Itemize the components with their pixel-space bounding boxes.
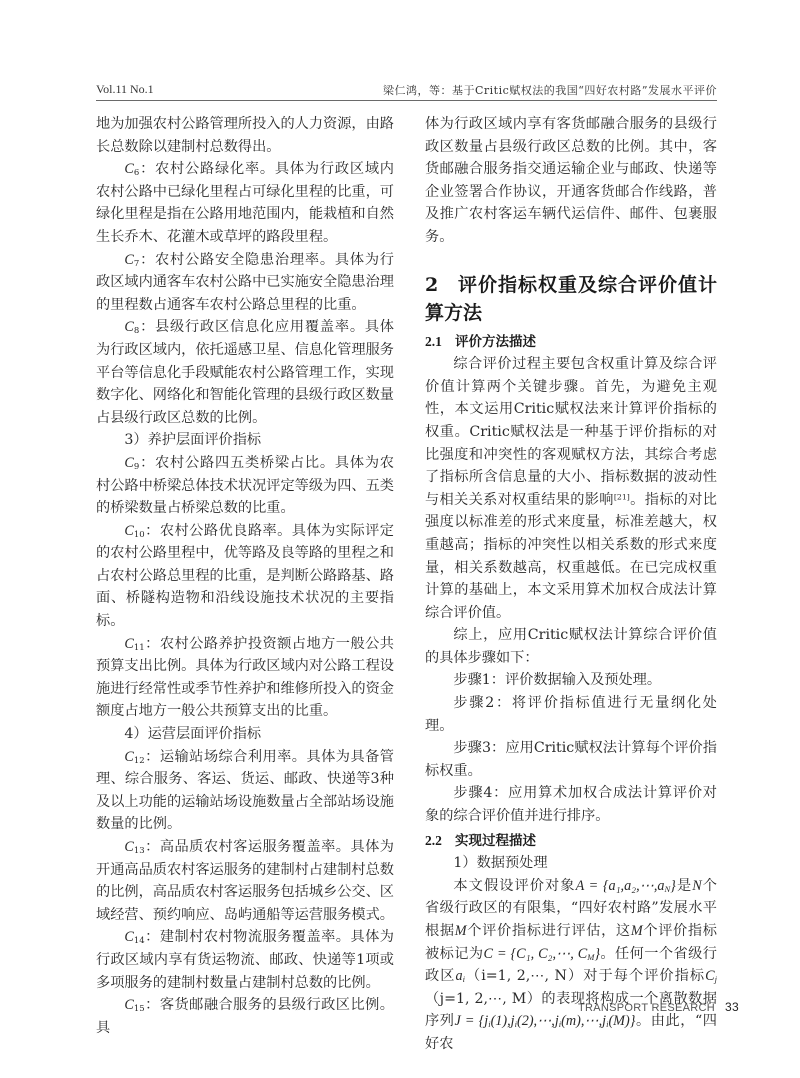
subsection-heading-2-2: 2.2实现过程描述 [425,830,717,853]
indicator-c9: C9：农村公路四五类桥梁占比。具体为农村公路中桥梁总体技术状况评定等级为四、五类… [96,452,394,520]
running-header: Vol.11 No.1 梁仁鸿，等：基于Critic赋权法的我国“四好农村路”发… [96,82,717,101]
volume-label: Vol.11 No.1 [96,82,154,97]
spacer [425,249,717,263]
item-data-preprocessing: 1）数据预处理 [425,852,717,875]
paragraph: 地为加强农村公路管理所投入的人力资源，由路长总数除以建制村总数得出。 [96,113,394,158]
step-1: 步骤1：评价数据输入及预处理。 [425,669,717,692]
subheading-maintenance: 3）养护层面评价指标 [96,429,394,452]
left-column: 地为加强农村公路管理所投入的人力资源，由路长总数除以建制村总数得出。 C6：农村… [96,113,394,1039]
subheading-operations: 4）运营层面评价指标 [96,723,394,746]
paragraph: 体为行政区域内享有客货邮融合服务的县级行政区数量占县级行政区总数的比例。其中，客… [425,113,717,249]
indicator-c8: C8：县级行政区信息化应用覆盖率。具体为行政区域内，依托遥感卫星、信息化管理服务… [96,316,394,429]
step-4: 步骤4：应用算术加权合成法计算评价对象的综合评价值并进行排序。 [425,782,717,827]
section-heading: 2评价指标权重及综合评价值计算方法 [425,271,717,327]
indicator-c15: C15：客货邮融合服务的县级行政区比例。具 [96,994,394,1039]
step-3: 步骤3：应用Critic赋权法计算每个评价指标权重。 [425,737,717,782]
indicator-c14: C14：建制村农村物流服务覆盖率。具体为行政区域内享有货运物流、邮政、快递等1项… [96,926,394,994]
indicator-c12: C12：运输站场综合利用率。具体为具备管理、综合服务、客运、货运、邮政、快递等3… [96,746,394,836]
citation[interactable]: [21] [614,492,630,501]
page-number: 33 [725,1000,739,1014]
indicator-c7: C7：农村公路安全隐患治理率。具体为行政区域内通客车农村公路中已实施安全隐患治理… [96,249,394,317]
method-paragraph: 综合评价过程主要包含权重计算及综合评价值计算两个关键步骤。首先，为避免主观性，本… [425,353,717,624]
indicator-c6: C6：农村公路绿化率。具体为行政区域内农村公路中已绿化里程占可绿化里程的比重，可… [96,158,394,248]
journal-name: TRANSPORT RESEARCH [578,1002,715,1014]
step-2: 步骤2：将评价指标值进行无量纲化处理。 [425,692,717,737]
page-footer: TRANSPORT RESEARCH33 [578,1000,739,1014]
formal-definition-paragraph: 本文假设评价对象A = {a₁,a₂,⋯,aN}是N个省级行政区的有限集，“四好… [425,875,717,1056]
right-column: 体为行政区域内享有客货邮融合服务的县级行政区数量占县级行政区总数的比例。其中，客… [425,113,717,1056]
running-title: 梁仁鸿，等：基于Critic赋权法的我国“四好农村路”发展水平评价 [383,82,717,98]
subsection-heading-2-1: 2.1评价方法描述 [425,331,717,354]
indicator-c13: C13：高品质农村客运服务覆盖率。具体为开通高品质农村客运服务的建制村占建制村总… [96,836,394,926]
indicator-c11: C11：农村公路养护投资额占地方一般公共预算支出比例。具体为行政区域内对公路工程… [96,633,394,723]
steps-intro: 综上，应用Critic赋权法计算综合评价值的具体步骤如下： [425,624,717,669]
indicator-c10: C10：农村公路优良路率。具体为实际评定的农村公路里程中，优等路及良等路的里程之… [96,520,394,633]
